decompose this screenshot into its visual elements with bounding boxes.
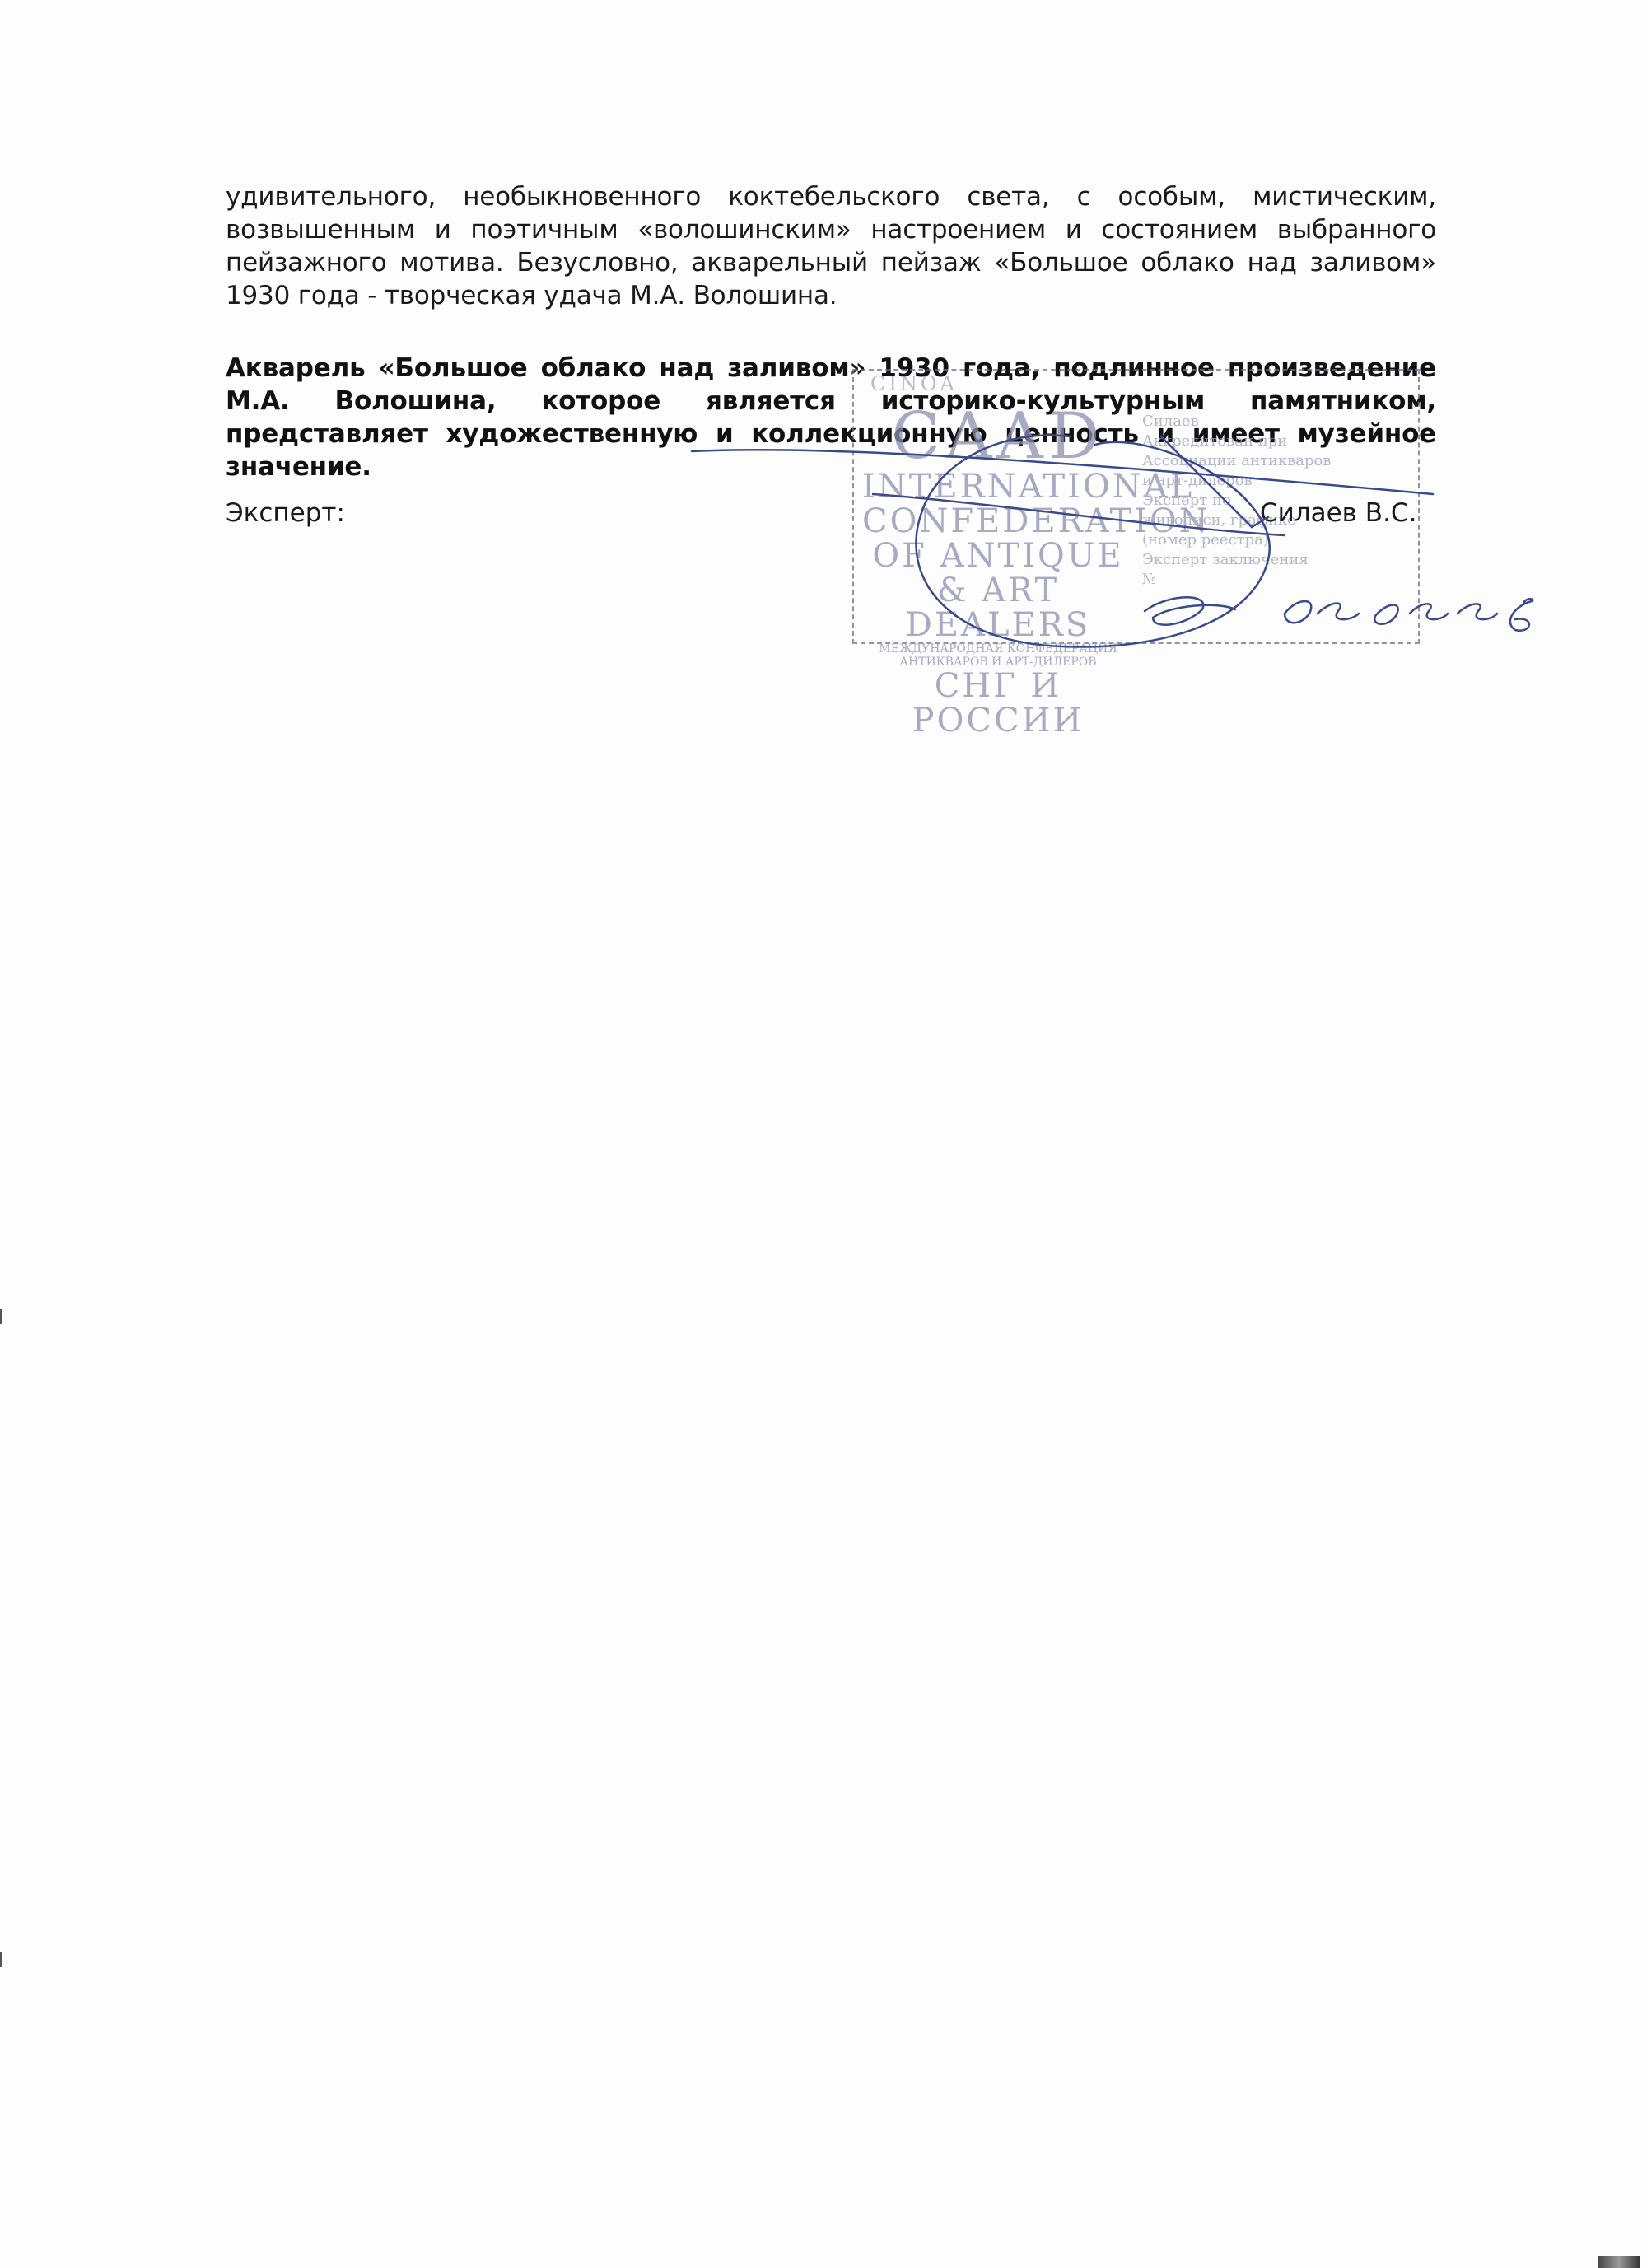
stamp-detail-line: (номер реестра): [1142, 530, 1406, 550]
body-paragraph: удивительного, необыкновенного коктебель…: [226, 180, 1436, 312]
stamp-detail-line: Эксперт заключения: [1142, 550, 1406, 570]
stamp-line: INTERNATIONAL: [862, 469, 1134, 504]
stamp-acronym: CAAD: [862, 404, 1134, 469]
stamp-line: & ART DEALERS: [862, 573, 1134, 642]
stamp-detail-line: Силаев: [1142, 412, 1406, 432]
scan-edge-mark: [0, 1309, 2, 1324]
scan-edge-mark: [0, 1952, 2, 1967]
expert-name: Силаев В.С.: [1260, 498, 1416, 528]
document-page: удивительного, необыкновенного коктебель…: [0, 0, 1647, 2268]
stamp-detail-line: Ассоциации антикваров: [1142, 451, 1406, 471]
stamp-line: OF ANTIQUE: [862, 539, 1134, 573]
stamp-line: CONFEDERATION: [862, 504, 1134, 539]
stamp-detail-line: №: [1142, 570, 1406, 590]
stamp-detail-line: Аккредитован при: [1142, 432, 1406, 451]
stamp-ru-line: МЕЖДУНАРОДНАЯ КОНФЕДЕРАЦИЯ: [862, 642, 1134, 656]
stamp-ru-line: СНГ И РОССИИ: [862, 669, 1134, 738]
scan-corner-mark: [1598, 2256, 1640, 2268]
stamp-logo-block: CAAD INTERNATIONAL CONFEDERATION OF ANTI…: [862, 404, 1134, 738]
stamp-logo-text: CINOA: [870, 372, 958, 395]
stamp-detail-line: и арт-дилеров: [1142, 471, 1406, 491]
expert-label: Эксперт:: [226, 498, 345, 528]
